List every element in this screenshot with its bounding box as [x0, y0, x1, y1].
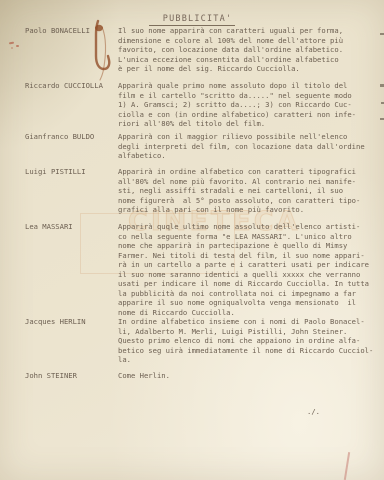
billing-terms: Apparirà con il maggior rilievo possibil… [118, 132, 380, 161]
actor-name: Gianfranco BULDO [25, 132, 94, 142]
actor-name: Jacques HERLIN [25, 317, 86, 327]
billing-terms: Come Herlin. [118, 371, 380, 381]
page-title-row: PUBBLICITA' [0, 6, 384, 26]
red-pen-mark [9, 42, 14, 45]
billing-terms: In ordine alfabetico insieme con i nomi … [118, 317, 380, 365]
billing-terms: Apparirà in ordine alfabetico con caratt… [118, 167, 380, 215]
billing-terms: Il suo nome apparirà con caratteri ugual… [118, 26, 380, 74]
scan-edge-artifact [380, 118, 384, 120]
rust-ink-stain [86, 18, 120, 82]
red-pen-mark [16, 45, 19, 47]
actor-name: Riccardo CUCCIOLLA [25, 81, 103, 91]
continuation-mark: ./. [307, 407, 320, 416]
actor-name: Paolo BONACELLI [25, 26, 90, 36]
page-title: PUBBLICITA' [149, 14, 236, 26]
scan-edge-artifact [380, 84, 384, 87]
actor-name: John STEINER [25, 371, 77, 381]
actor-name: Lea MASSARI [25, 222, 73, 232]
scanned-typewritten-page: CINETECA PUBBLICITA' Paolo BONACELLI Il … [0, 0, 384, 480]
actor-name: Luigi PISTILLI [25, 167, 86, 177]
scan-edge-artifact [380, 33, 384, 35]
pink-scratch-mark [344, 452, 350, 480]
billing-terms: Apparirà quale primo nome assoluto dopo … [118, 81, 380, 129]
red-pen-mark [11, 47, 13, 49]
billing-terms: Apparirà quqle ultimo nome assoluto dell… [118, 222, 380, 317]
